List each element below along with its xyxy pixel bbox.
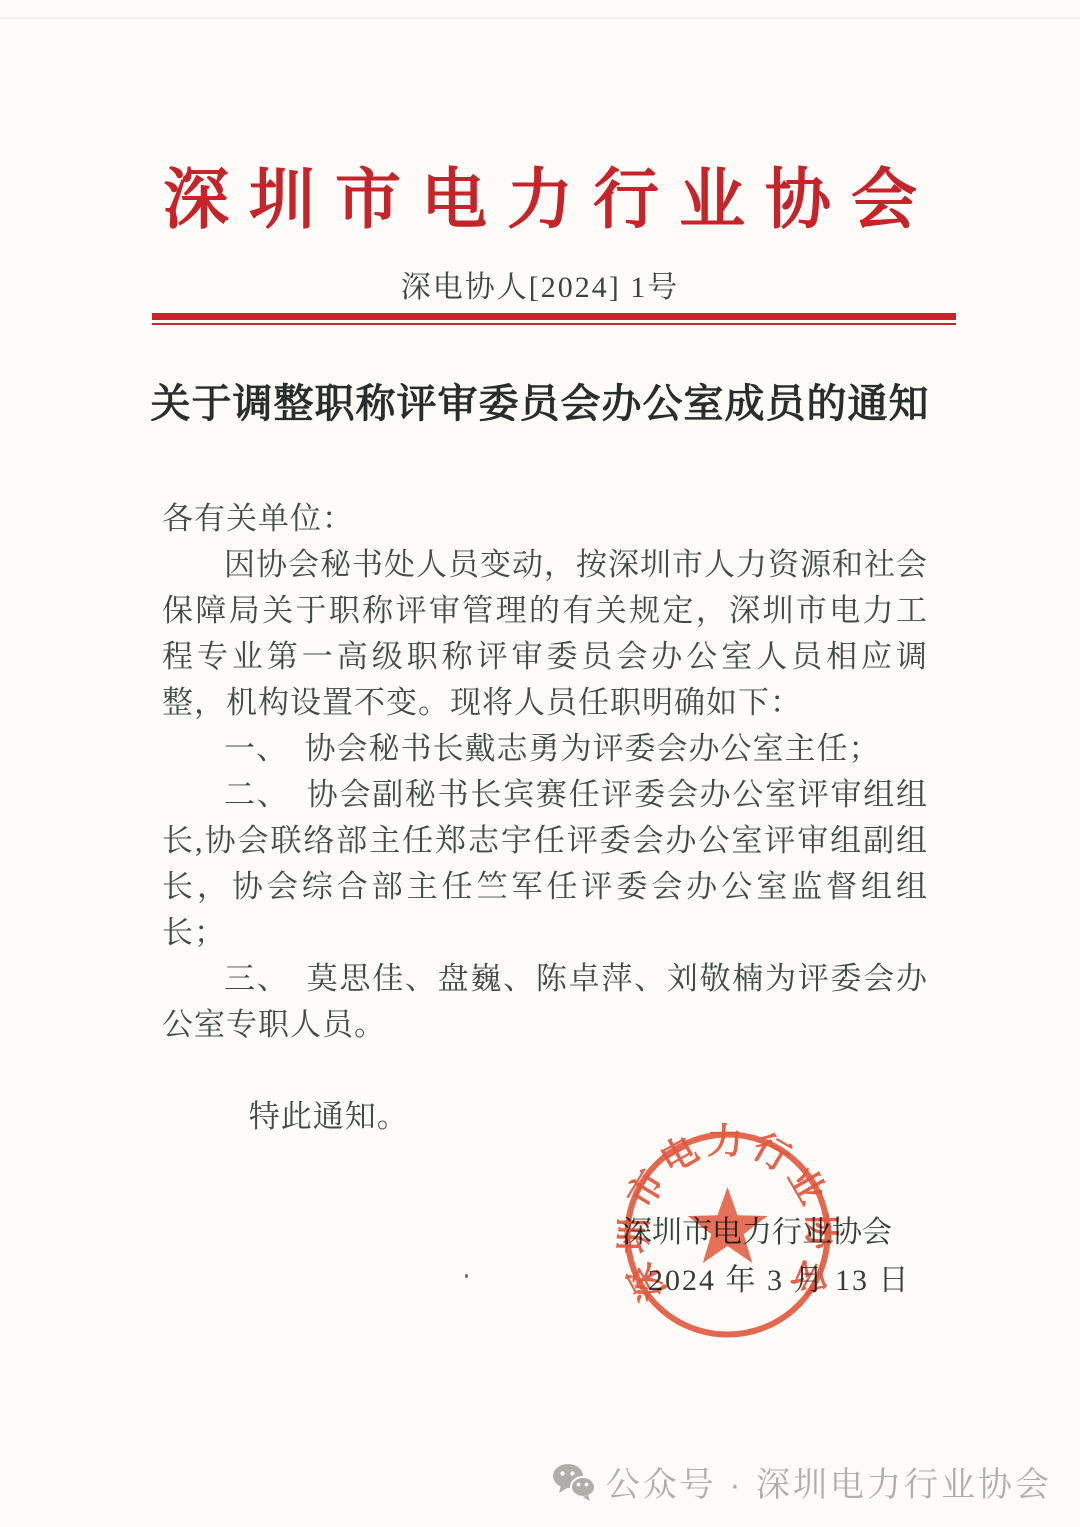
scan-speck xyxy=(465,1274,468,1278)
footer-account-label: 公众号 · 深圳电力行业协会 xyxy=(606,1457,1052,1506)
document-page: 深圳市电力行业协会 深电协人[2024] 1号 关于调整职称评审委员会办公室成员… xyxy=(0,0,1080,1527)
salutation: 各有关单位： xyxy=(162,496,928,542)
closing-line: 特此通知。 xyxy=(162,1094,928,1140)
list-item: 二、 协会副秘书长宾赛任评委会办公室评审组组长,协会联络部主任郑志宇任评委会办公… xyxy=(162,772,928,956)
red-header-rule xyxy=(152,313,956,325)
signature-date: 2024 年 3 月 13 日 xyxy=(648,1255,911,1299)
org-header-title: 深圳市电力行业协会 xyxy=(0,146,1080,241)
notice-title: 关于调整职称评审委员会办公室成员的通知 xyxy=(0,372,1080,429)
body-paragraph: 因协会秘书处人员变动，按深圳市人力资源和社会保障局关于职称评审管理的有关规定，深… xyxy=(162,542,928,726)
list-item: 三、 莫思佳、盘巍、陈卓萍、刘敬楠为评委会办公室专职人员。 xyxy=(162,956,928,1048)
signature-org-name: 深圳市电力行业协会 xyxy=(622,1207,892,1251)
scan-artifact-line xyxy=(0,17,1080,19)
document-number: 深电协人[2024] 1号 xyxy=(0,262,1080,306)
wechat-icon xyxy=(552,1463,596,1501)
list-item: 一、 协会秘书长戴志勇为评委会办公室主任； xyxy=(162,726,928,772)
notice-body: 各有关单位： 因协会秘书处人员变动，按深圳市人力资源和社会保障局关于职称评审管理… xyxy=(162,496,928,1140)
footer-account-bar: 公众号 · 深圳电力行业协会 xyxy=(552,1457,1052,1506)
